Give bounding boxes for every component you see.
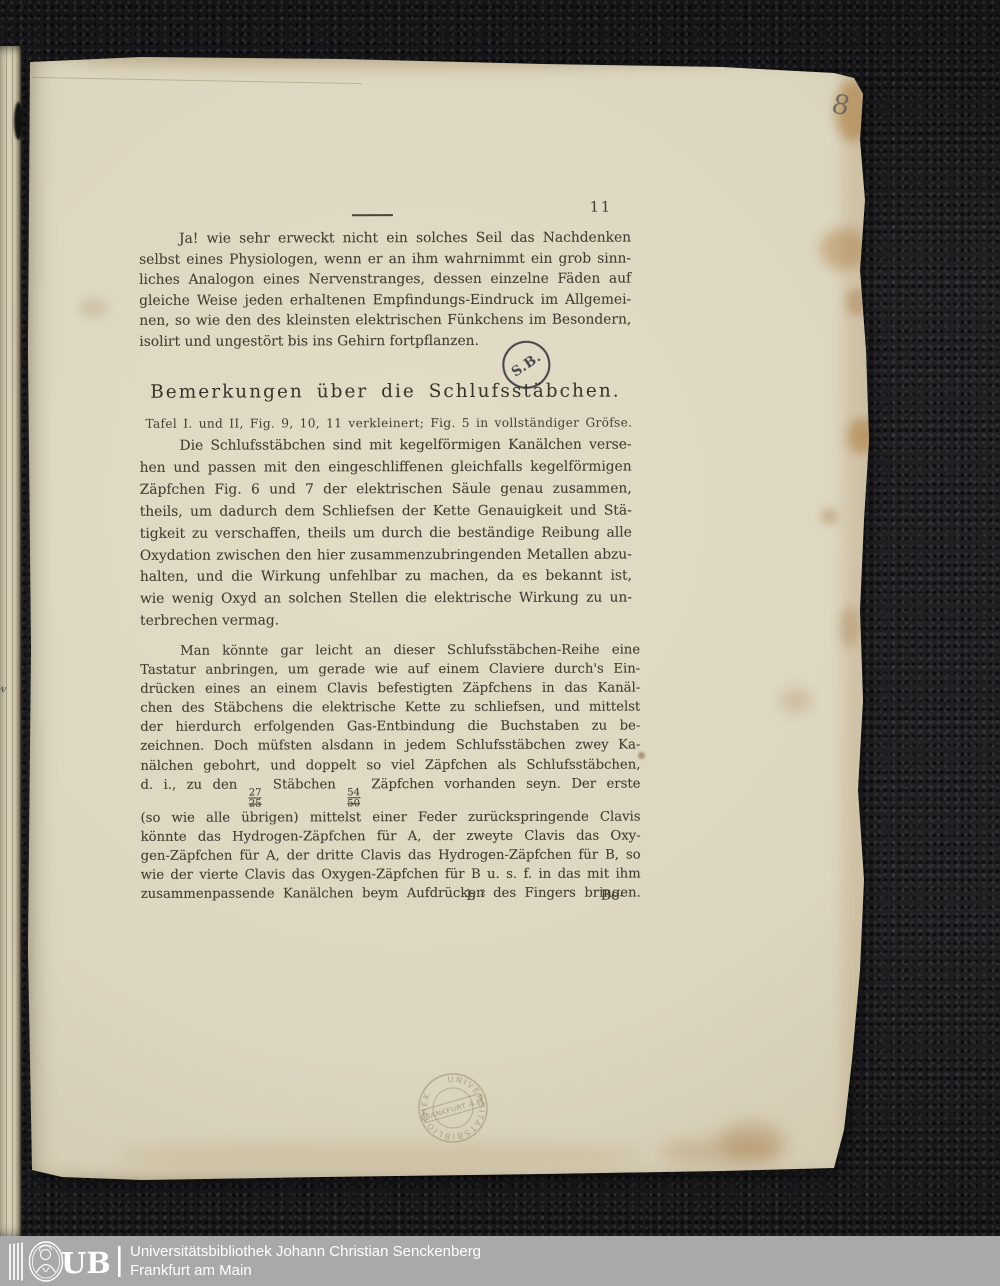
text-line: der hierdurch erfolgenden Gas-Entbindung… — [140, 717, 640, 737]
catchword: Be- — [601, 888, 624, 904]
text-line: wie wenig Oxyd an solchen Stellen die el… — [140, 588, 632, 611]
stamp-label: S.B. — [509, 349, 545, 380]
corrected-fraction: 2725 — [249, 788, 262, 808]
previous-page-edge — [0, 46, 22, 1238]
printed-content: 11 Ja! wie sehr erweckt nicht ein solche… — [21, 49, 876, 1185]
institution-name: Universitätsbibliothek Johann Christian … — [130, 1242, 481, 1261]
text-line: Tastatur anbringen, um gerade wie auf ei… — [140, 660, 640, 680]
paper-sheet: 8 11 Ja! wie sehr erweckt nicht ein solc… — [22, 50, 874, 1184]
paragraph: Die Schlufsstäbchen sind mit kegelförmig… — [140, 435, 633, 633]
text-line: d. i., zu den 2725 Stäbchen 5450 Zäpfche… — [140, 774, 640, 808]
text-line: selbst eines Physiologen, wenn er an ihm… — [139, 248, 631, 270]
ub-monogram: UB — [61, 1246, 111, 1280]
text-line: theils, um dadurch dem Schliefsen der Ke… — [140, 500, 632, 523]
text-line: drücken eines an einem Clavis befestigte… — [140, 679, 640, 699]
paragraph: Ja! wie sehr erweckt nicht ein solches S… — [139, 228, 631, 352]
signature-mark: b ² — [467, 888, 486, 904]
text-line: zusammenpassende Kanälchen beym Aufdrück… — [141, 884, 641, 904]
scanned-page: 8 11 Ja! wie sehr erweckt nicht ein solc… — [22, 50, 874, 1184]
text-line: Oxydation zwischen den hier zusammenzubr… — [140, 544, 632, 567]
section-heading: Bemerkungen über die Schlufsstäbchen. — [139, 381, 631, 403]
folio-number: 11 — [579, 200, 623, 216]
paragraph: Man könnte gar leicht an dieser Schlufss… — [140, 640, 641, 903]
header-rule — [352, 214, 393, 216]
page-crease — [12, 46, 13, 1238]
library-logo: UB — [8, 1239, 126, 1283]
book-scan-viewer: w 8 11 Ja! wie sehr erweckt nicht ein so… — [0, 0, 1000, 1286]
text-line: gleiche Weise jeden erhaltenen Empfindun… — [139, 289, 631, 311]
text-line: wie der vierte Clavis das Oxygen-Zäpfche… — [141, 864, 641, 884]
figure-caption: Tafel I. und II, Fig. 9, 10, 11 verklein… — [145, 415, 645, 430]
text-line: Ja! wie sehr erweckt nicht ein solches S… — [139, 228, 631, 250]
page-crease — [6, 46, 7, 1238]
portrait-icon — [30, 1242, 63, 1281]
logo-divider — [118, 1246, 121, 1277]
text-line: terbrechen vermag. — [140, 610, 632, 633]
text-line: isolirt und ungestört bis ins Gehirn for… — [139, 330, 631, 352]
text-line: Man könnte gar leicht an dieser Schlufss… — [140, 640, 640, 660]
text-line: könnte das Hydrogen-Zäpfchen für A, der … — [141, 826, 641, 846]
text-line: nen, so wie den des kleinsten elektrisch… — [139, 310, 631, 332]
text-line: chen des Stäbchens die elektrische Kette… — [140, 698, 640, 718]
text-line: nälchen gebohrt, und doppelt so viel Zäp… — [140, 755, 640, 775]
text-line: zeichnen. Doch müfsten alsdann in jedem … — [140, 736, 640, 756]
text-line: liches Analogon eines Nervenstranges, de… — [139, 269, 631, 291]
text-line: (so wie alle übrigen) mittelst einer Fed… — [141, 807, 641, 827]
text-line: Zäpfchen Fig. 6 und 7 der elektrischen S… — [140, 478, 632, 501]
library-banner: UB Universitätsbibliothek Johann Christi… — [0, 1236, 1000, 1286]
book-pages-icon — [10, 1243, 22, 1281]
text-line: Die Schlufsstäbchen sind mit kegelförmig… — [140, 435, 632, 458]
text-line: gen-Zäpfchen für A, der dritte Clavis da… — [141, 845, 641, 865]
corrected-fraction: 5450 — [347, 788, 360, 808]
text-line: hen und passen mit den eingeschliffenen … — [140, 456, 632, 479]
text-line: halten, und die Wirkung unfehlbar zu mac… — [140, 566, 632, 589]
institution-city: Frankfurt am Main — [130, 1261, 481, 1280]
text-line: tigkeit zu verschaffen, theils um durch … — [140, 522, 632, 545]
